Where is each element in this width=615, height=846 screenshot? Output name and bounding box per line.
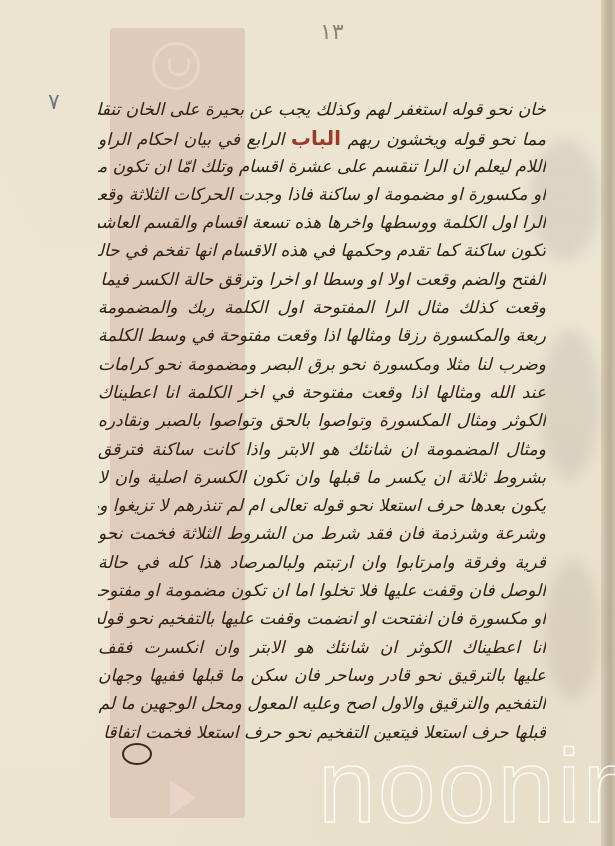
text-line: يكون بعدها حرف استعلا نحو قوله تعالى ام … xyxy=(98,492,546,520)
page-edge-shadow xyxy=(601,0,615,846)
text-line: وضرب لنا مثلا ومكسورة نحو برق البصر ومضم… xyxy=(98,351,546,379)
text-line-with-heading: مما نحو قوله ويخشون ربهم الباب الرابع في… xyxy=(98,124,546,152)
text-line: الوصل فان وقفت عليها فلا تخلوا اما ان تك… xyxy=(98,577,546,605)
ink-stain xyxy=(545,560,600,700)
text-line: قرية وفرقة وامرتابوا وان ارتبتم ولبالمرص… xyxy=(98,549,546,577)
chapter-heading: الباب xyxy=(291,126,341,150)
text-line: وقعت كذلك مثال الرا المفتوحة اول الكلمة … xyxy=(98,294,546,322)
margin-number: ٧ xyxy=(48,90,60,115)
text-segment: مما نحو قوله ويخشون ربهم xyxy=(341,130,546,150)
text-line: خان نحو قوله استغفر لهم وكذلك يجب عن بحي… xyxy=(98,96,546,124)
text-line: التفخيم والترقيق والاول اصح وعليه المعول… xyxy=(98,690,546,718)
end-of-text-mark-icon xyxy=(122,743,152,765)
text-line: الرا اول الكلمة ووسطها واخرها هذه تسعة ا… xyxy=(98,209,546,237)
text-line: عند الله ومثالها اذا وقعت مفتوحة في اخر … xyxy=(98,379,546,407)
manuscript-page: ١٣ ٧ خان نحو قوله استغفر لهم وكذلك يجب ع… xyxy=(0,0,615,846)
text-line: الفتح والضم وقعت اولا او وسطا او اخرا وت… xyxy=(98,266,546,294)
text-line: انا اعطيناك الكوثر ان شانئك هو الابتر وا… xyxy=(98,634,546,662)
manuscript-text: خان نحو قوله استغفر لهم وكذلك يجب عن بحي… xyxy=(98,96,546,747)
watermark-arrow-icon xyxy=(170,780,196,816)
text-line: او مكسورة فان انفتحت او انضمت وقفت عليها… xyxy=(98,605,546,633)
text-segment: الرابع في بيان احكام الراو xyxy=(98,130,291,150)
text-line: اللام ليعلم ان الرا تنقسم على عشرة اقسام… xyxy=(98,153,546,181)
text-line: او مكسورة او مضمومة او ساكنة فاذا وجدت ا… xyxy=(98,181,546,209)
text-line: تكون ساكنة كما تقدم وحكمها في هذه الاقسا… xyxy=(98,237,546,265)
text-line: عليها بالترقيق نحو قادر وساحر فان سكن ما… xyxy=(98,662,546,690)
text-line: ربعة والمكسورة رزقا ومثالها اذا وقعت مفت… xyxy=(98,322,546,350)
watermark-text: noonir xyxy=(318,735,615,839)
watermark-logo-icon xyxy=(152,42,200,90)
folio-number: ١٣ xyxy=(320,20,344,45)
text-line: الكوثر ومثال المكسورة وتواصوا بالحق وتوا… xyxy=(98,407,546,435)
text-line: ومثال المضمومة ان شانئك هو الابتر واذا ك… xyxy=(98,436,546,464)
text-line: وشرعة وشرذمة فان فقد شرط من الشروط الثلا… xyxy=(98,520,546,548)
text-line: بشروط ثلاثة ان يكسر ما قبلها وان تكون ال… xyxy=(98,464,546,492)
ink-stain xyxy=(540,330,600,480)
